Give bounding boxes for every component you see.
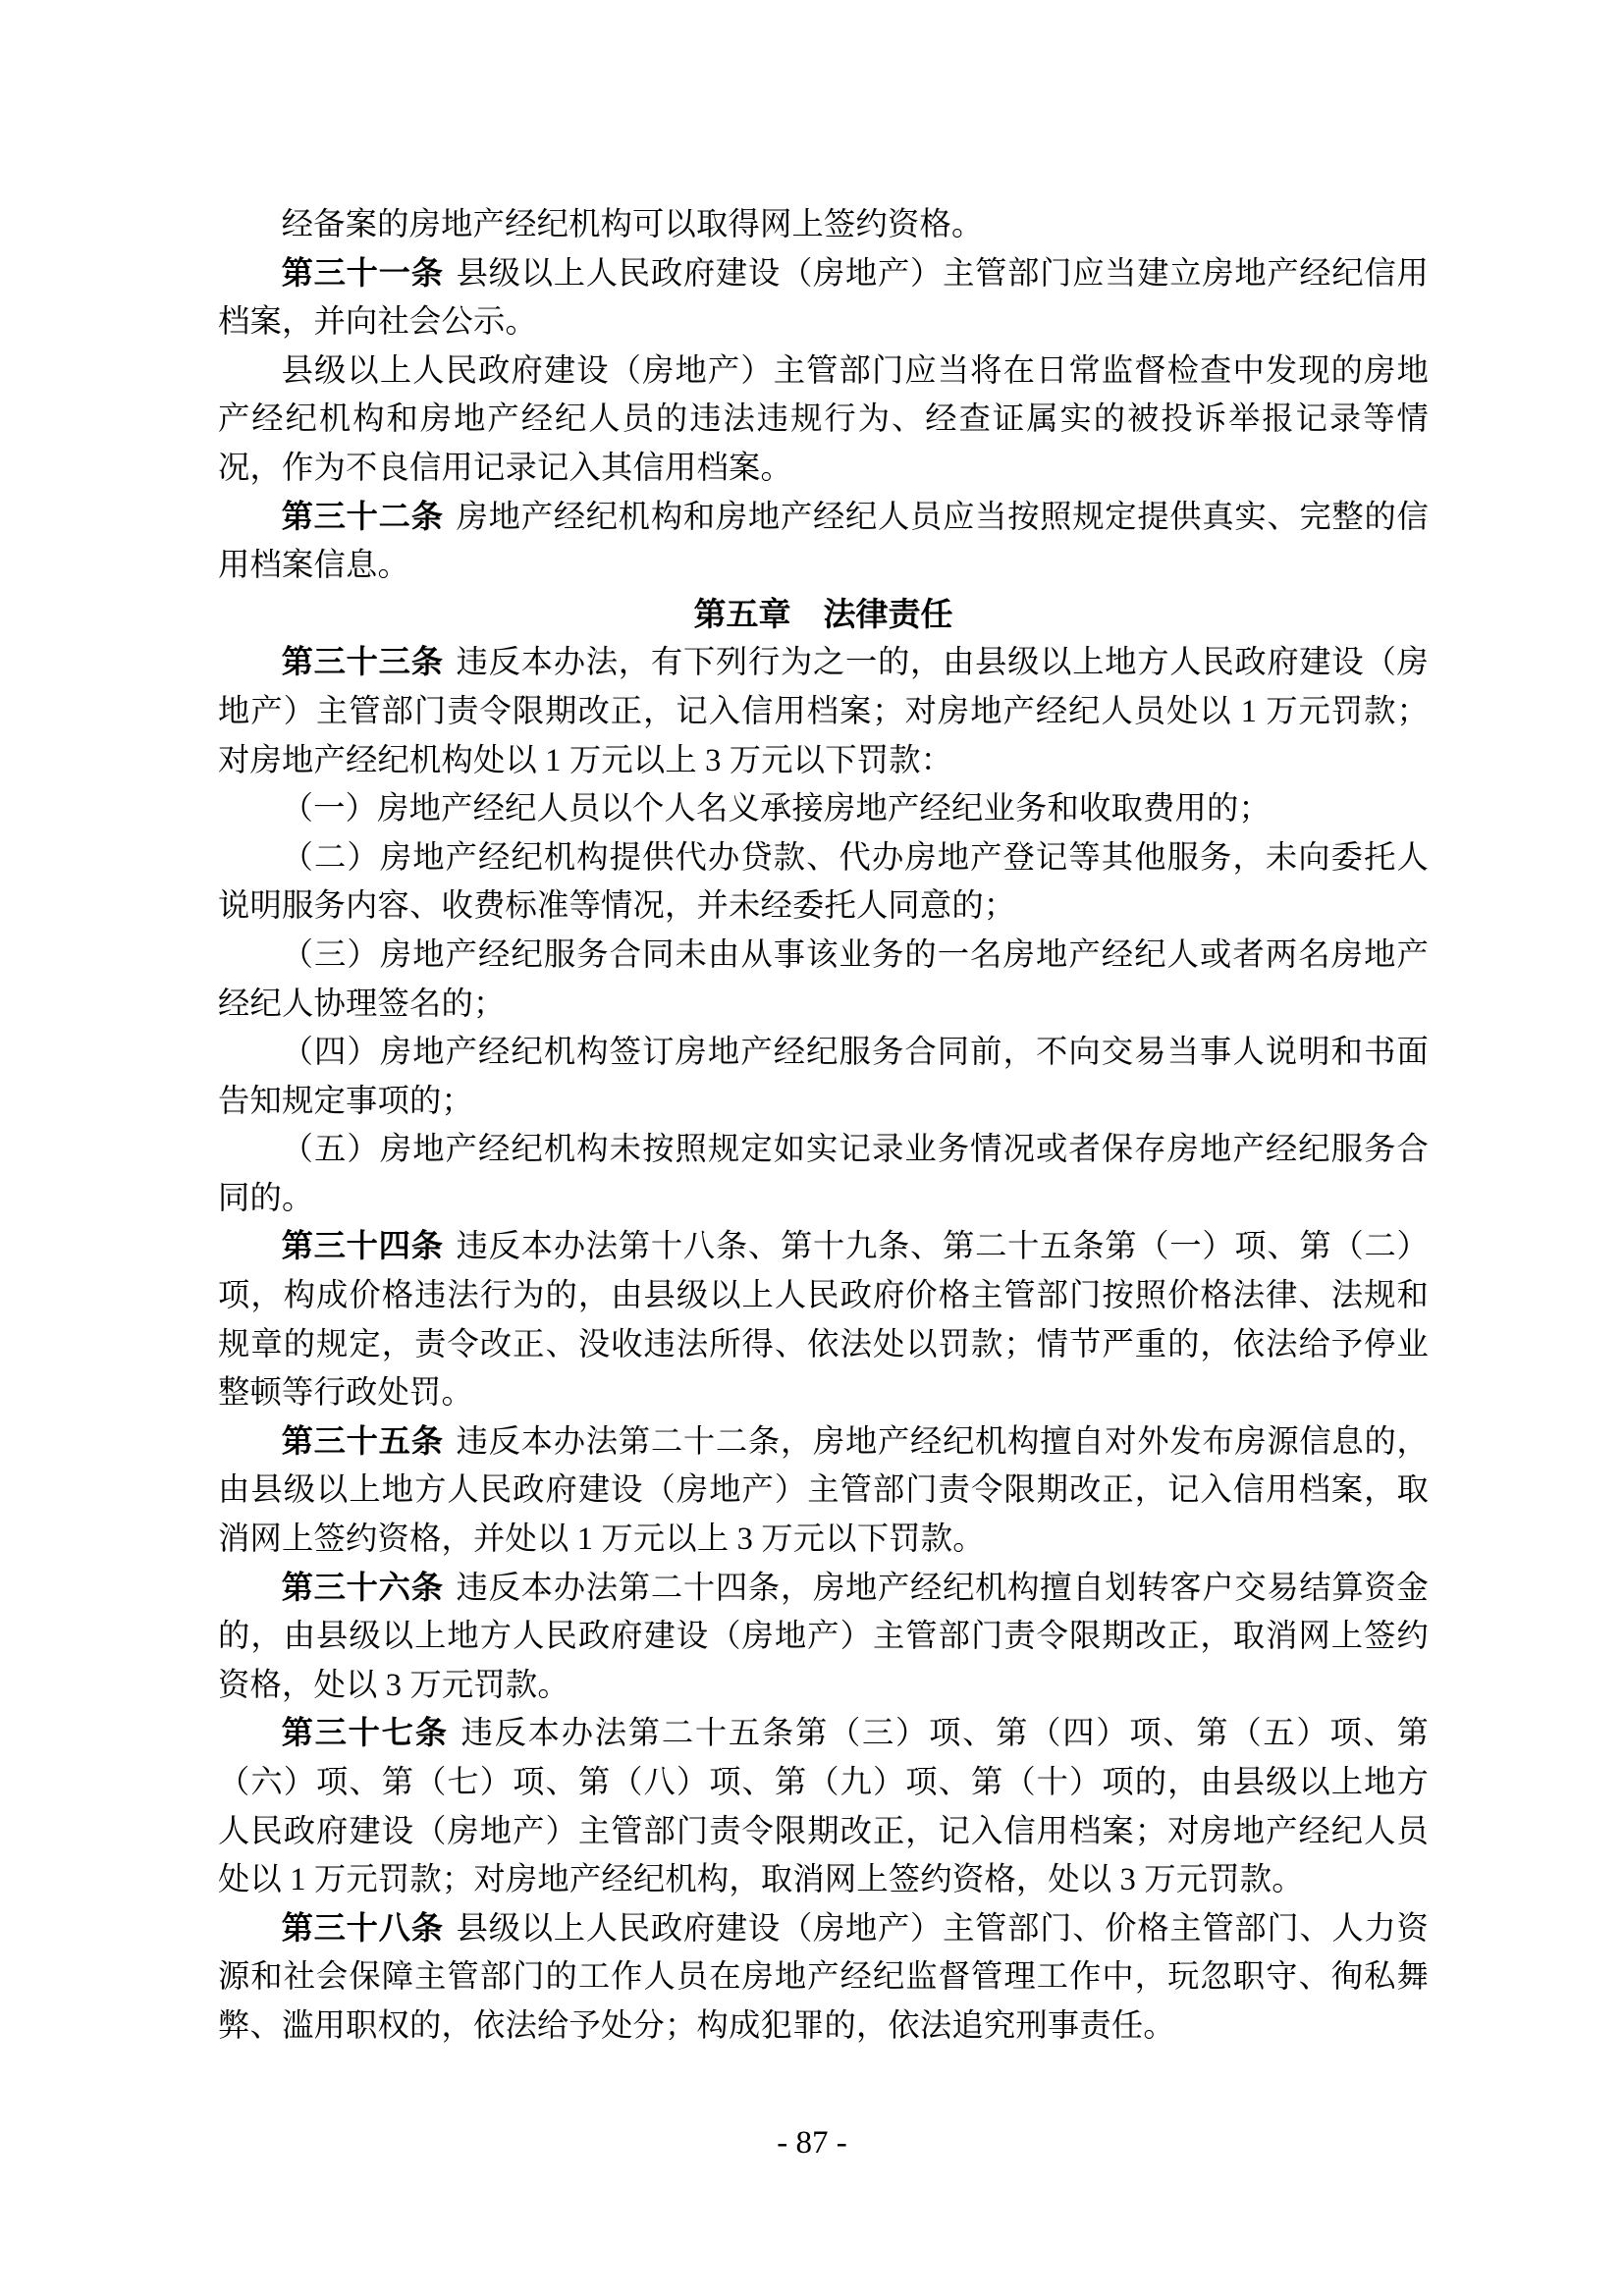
paragraph: 第三十四条违反本办法第十八条、第十九条、第二十五条第（一）项、第（二）项，构成价… <box>218 1222 1429 1416</box>
paragraph: （一）房地产经纪人员以个人名义承接房地产经纪业务和收取费用的； <box>218 784 1429 833</box>
article-number: 第三十三条 <box>282 644 444 679</box>
paragraph-text: 经备案的房地产经纪机构可以取得网上签约资格。 <box>282 206 984 241</box>
paragraph: 第三十六条违反本办法第二十四条，房地产经纪机构擅自划转客户交易结算资金的，由县级… <box>218 1564 1429 1710</box>
paragraph: 第三十八条县级以上人民政府建设（房地产）主管部门、价格主管部门、人力资源和社会保… <box>218 1904 1429 2051</box>
paragraph-text: （四）房地产经纪机构签订房地产经纪服务合同前，不向交易当事人说明和书面告知规定事… <box>218 1034 1429 1118</box>
chapter-heading: 第五章 法律责任 <box>218 590 1429 639</box>
paragraph: 第三十三条违反本办法，有下列行为之一的，由县级以上地方人民政府建设（房地产）主管… <box>218 638 1429 784</box>
page-number: - 87 - <box>0 2123 1624 2163</box>
article-number: 第三十二条 <box>282 499 444 534</box>
article-number: 第三十七条 <box>282 1715 449 1750</box>
article-number: 第三十五条 <box>282 1423 444 1459</box>
document-page: 经备案的房地产经纪机构可以取得网上签约资格。 第三十一条县级以上人民政府建设（房… <box>0 0 1624 2296</box>
paragraph: 县级以上人民政府建设（房地产）主管部门应当将在日常监督检查中发现的房地产经纪机构… <box>218 347 1429 493</box>
paragraph: 经备案的房地产经纪机构可以取得网上签约资格。 <box>218 200 1429 249</box>
paragraph: （四）房地产经纪机构签订房地产经纪服务合同前，不向交易当事人说明和书面告知规定事… <box>218 1028 1429 1125</box>
paragraph-text: （三）房地产经纪服务合同未由从事该业务的一名房地产经纪人或者两名房地产经纪人协理… <box>218 936 1429 1021</box>
paragraph-text: 县级以上人民政府建设（房地产）主管部门应当将在日常监督检查中发现的房地产经纪机构… <box>218 352 1429 485</box>
article-number: 第三十六条 <box>282 1570 444 1605</box>
paragraph-text: （五）房地产经纪机构未按照规定如实记录业务情况或者保存房地产经纪服务合同的。 <box>218 1131 1429 1215</box>
paragraph: 第三十五条违反本办法第二十二条，房地产经纪机构擅自对外发布房源信息的，由县级以上… <box>218 1417 1429 1564</box>
paragraph: （二）房地产经纪机构提供代办贷款、代办房地产登记等其他服务，未向委托人说明服务内… <box>218 833 1429 931</box>
paragraph: 第三十七条违反本办法第二十五条第（三）项、第（四）项、第（五）项、第（六）项、第… <box>218 1709 1429 1903</box>
article-number: 第三十一条 <box>282 255 444 291</box>
document-text-block: 经备案的房地产经纪机构可以取得网上签约资格。 第三十一条县级以上人民政府建设（房… <box>218 200 1429 2051</box>
article-number: 第三十四条 <box>282 1228 444 1263</box>
paragraph: 第三十一条县级以上人民政府建设（房地产）主管部门应当建立房地产经纪信用档案，并向… <box>218 249 1429 347</box>
article-number: 第三十八条 <box>282 1910 444 1946</box>
paragraph-text: （二）房地产经纪机构提供代办贷款、代办房地产登记等其他服务，未向委托人说明服务内… <box>218 839 1429 924</box>
paragraph: （三）房地产经纪服务合同未由从事该业务的一名房地产经纪人或者两名房地产经纪人协理… <box>218 931 1429 1028</box>
paragraph-text: （一）房地产经纪人员以个人名义承接房地产经纪业务和收取费用的； <box>282 790 1271 826</box>
paragraph: （五）房地产经纪机构未按照规定如实记录业务情况或者保存房地产经纪服务合同的。 <box>218 1125 1429 1222</box>
paragraph: 第三十二条房地产经纪机构和房地产经纪人员应当按照规定提供真实、完整的信用档案信息… <box>218 493 1429 590</box>
